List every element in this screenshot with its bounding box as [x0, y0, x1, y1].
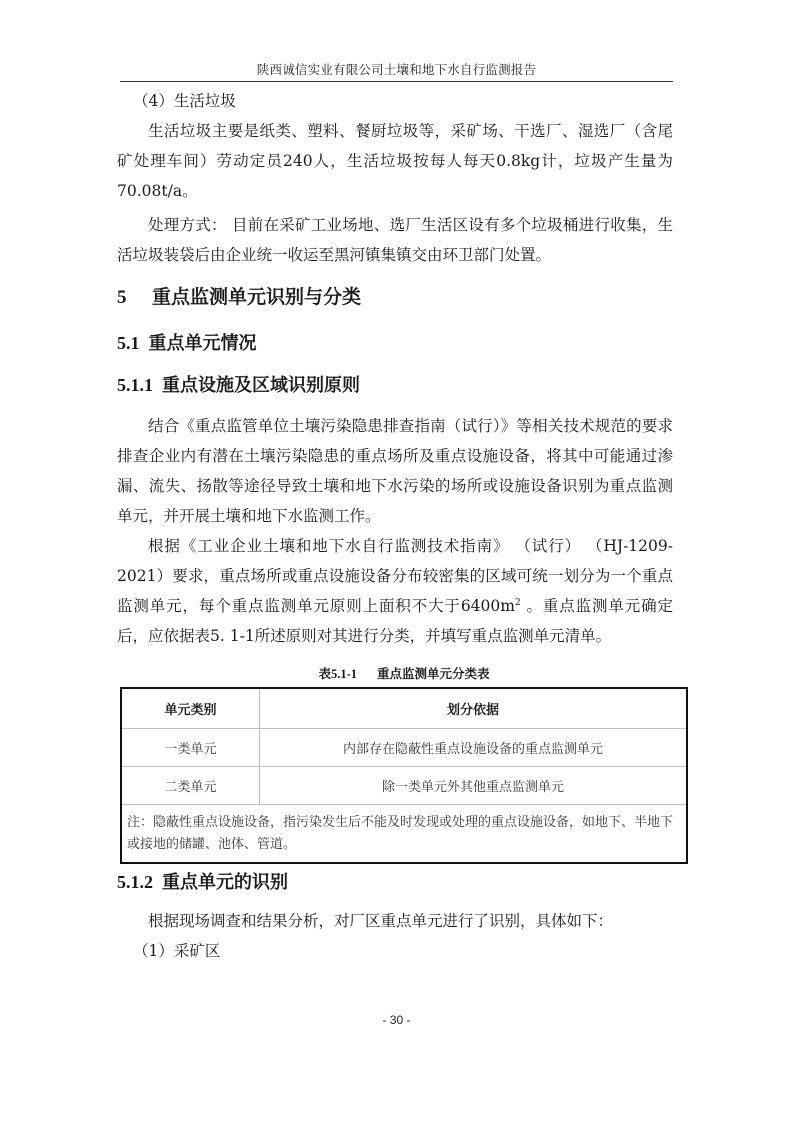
- table-header-row: 单元类别 划分依据: [121, 688, 687, 729]
- table-note: 注：隐蔽性重点设施设备，指污染发生后不能及时发现或处理的重点设施设备，如地下、半…: [121, 805, 687, 864]
- paragraph-treatment-method: 处理方式： 目前在采矿工业场地、选厂生活区设有多个垃圾桶进行收集，生活垃圾装袋后…: [117, 210, 673, 270]
- section-heading-5-1-1: 5.1.1重点设施及区域识别原则: [117, 371, 360, 397]
- column-header-unit-category: 单元类别: [121, 688, 260, 729]
- cell-unit-category: 一类单元: [121, 729, 260, 767]
- table-row: 一类单元 内部存在隐蔽性重点设施设备的重点监测单元: [121, 729, 687, 767]
- paragraph-guideline-requirement: 根据《工业企业土壤和地下水自行监测技术指南》 （试行） （HJ-1209-202…: [117, 531, 673, 651]
- domestic-waste-section: （4）生活垃圾 生活垃圾主要是纸类、塑料、餐厨垃圾等，采矿场、干选厂、湿选厂（含…: [117, 86, 673, 270]
- cell-unit-category: 二类单元: [121, 767, 260, 805]
- section-title: 重点监测单元识别与分类: [152, 287, 361, 308]
- table-caption: 表5.1-1重点监测单元分类表: [120, 664, 688, 682]
- column-header-basis: 划分依据: [260, 688, 688, 729]
- cell-basis: 内部存在隐蔽性重点设施设备的重点监测单元: [260, 729, 688, 767]
- subheading-domestic-waste: （4）生活垃圾: [117, 86, 673, 116]
- table-title: 重点监测单元分类表: [377, 667, 490, 681]
- principles-section: 结合《重点监管单位土壤污染隐患排查指南（试行）》等相关技术规范的要求排查企业内有…: [117, 411, 673, 651]
- page-number: - 30 -: [0, 1013, 793, 1027]
- table-number: 表5.1-1: [318, 667, 357, 681]
- paragraph-identification-principle: 结合《重点监管单位土壤污染隐患排查指南（试行）》等相关技术规范的要求排查企业内有…: [117, 411, 673, 531]
- section-title: 重点设施及区域识别原则: [162, 375, 360, 395]
- section-title: 重点单元的识别: [162, 872, 288, 892]
- unit-classification-table: 单元类别 划分依据 一类单元 内部存在隐蔽性重点设施设备的重点监测单元 二类单元…: [120, 687, 688, 864]
- section-number: 5.1.2: [117, 872, 153, 892]
- page-header: 陕西诚信实业有限公司土壤和地下水自行监测报告: [120, 60, 673, 78]
- section-heading-5-1: 5.1重点单元情况: [117, 329, 257, 355]
- table-row: 二类单元 除一类单元外其他重点监测单元: [121, 767, 687, 805]
- header-rule: [120, 81, 673, 82]
- section-heading-5: 5重点监测单元识别与分类: [117, 282, 361, 309]
- paragraph-domestic-waste: 生活垃圾主要是纸类、塑料、餐厨垃圾等，采矿场、干选厂、湿选厂（含尾矿处理车间）劳…: [117, 116, 673, 206]
- subheading-mining-area: （1）采矿区: [117, 936, 673, 966]
- section-number: 5: [117, 287, 152, 309]
- section-number: 5.1.1: [117, 375, 153, 395]
- table-note-row: 注：隐蔽性重点设施设备，指污染发生后不能及时发现或处理的重点设施设备，如地下、半…: [121, 805, 687, 864]
- section-number: 5.1: [117, 333, 140, 353]
- section-title: 重点单元情况: [149, 333, 257, 353]
- cell-basis: 除一类单元外其他重点监测单元: [260, 767, 688, 805]
- unit-identification-section: 根据现场调查和结果分析，对厂区重点单元进行了识别，具体如下： （1）采矿区: [117, 906, 673, 966]
- section-heading-5-1-2: 5.1.2重点单元的识别: [117, 868, 288, 894]
- paragraph-identification-intro: 根据现场调查和结果分析，对厂区重点单元进行了识别，具体如下：: [117, 906, 673, 936]
